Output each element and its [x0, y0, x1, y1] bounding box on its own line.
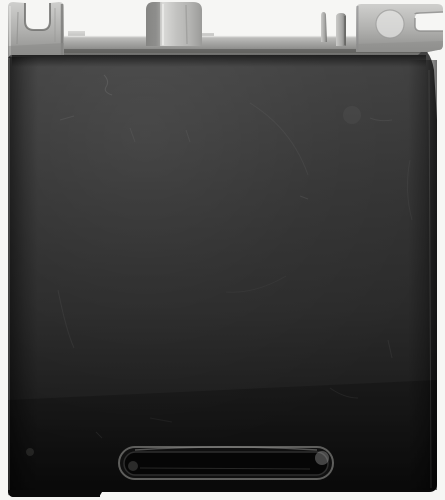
grip-slot-left-glint — [128, 461, 138, 471]
bottom-lip — [8, 490, 100, 497]
center-boss-left-shade — [146, 2, 160, 46]
grip-slot-inner — [124, 452, 328, 475]
photo-canvas — [0, 0, 445, 500]
right-tab-open-slot — [415, 12, 443, 31]
ecm-product-photo — [0, 0, 445, 500]
center-boss-ridge-shadow — [186, 5, 187, 44]
body-top-shadow — [12, 55, 426, 67]
grip-slot — [119, 447, 333, 479]
scuff-spot — [343, 106, 361, 124]
scuff-spot — [26, 448, 34, 456]
grip-slot-end-glint — [315, 451, 329, 465]
module-body — [8, 12, 437, 497]
